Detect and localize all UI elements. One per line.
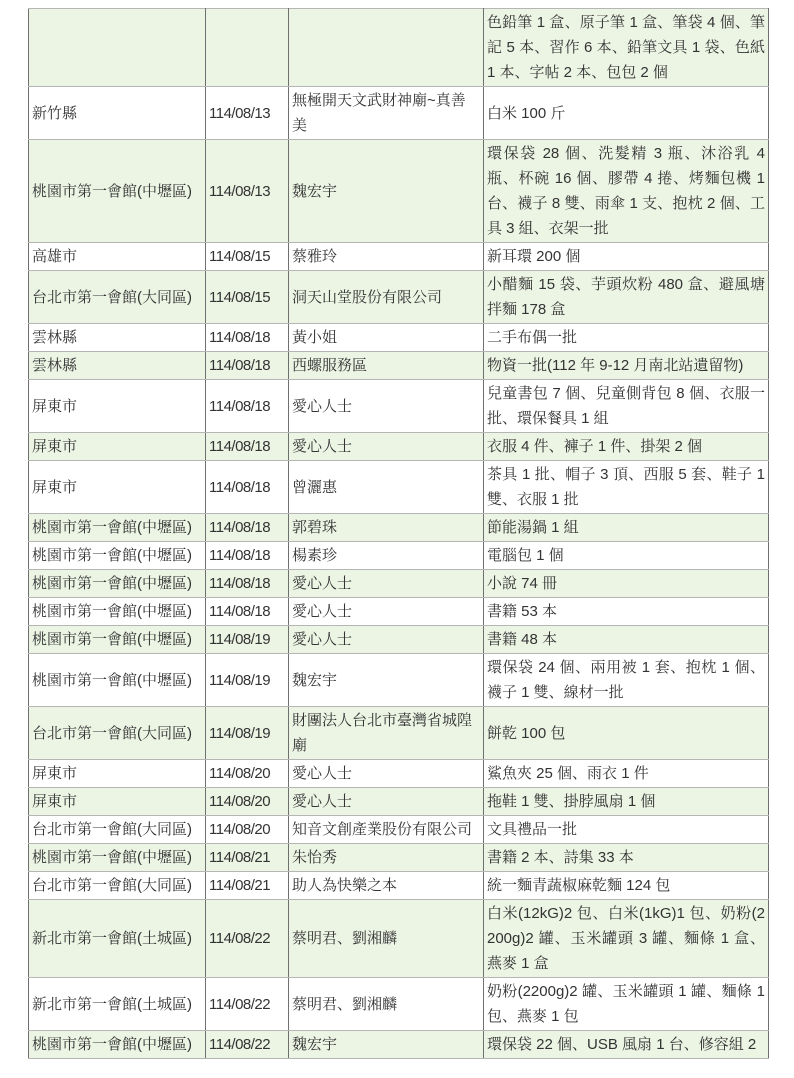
cell-date: 114/08/20 <box>206 788 289 816</box>
cell-donor: 洞天山堂股份有限公司 <box>289 271 484 324</box>
table-row: 色鉛筆 1 盒、原子筆 1 盒、筆袋 4 個、筆記 5 本、習作 6 本、鉛筆文… <box>29 9 769 87</box>
cell-date: 114/08/21 <box>206 872 289 900</box>
cell-items: 書籍 48 本 <box>484 626 769 654</box>
cell-items: 環保袋 24 個、兩用被 1 套、抱枕 1 個、襪子 1 雙、線材一批 <box>484 654 769 707</box>
cell-date: 114/08/15 <box>206 271 289 324</box>
cell-location: 桃園市第一會館(中壢區) <box>29 654 206 707</box>
cell-items: 鯊魚夾 25 個、雨衣 1 件 <box>484 760 769 788</box>
cell-items: 奶粉(2200g)2 罐、玉米罐頭 1 罐、麵條 1 包、燕麥 1 包 <box>484 978 769 1031</box>
cell-items: 衣服 4 件、褲子 1 件、掛架 2 個 <box>484 433 769 461</box>
table-row: 屏東市 114/08/20 愛心人士 拖鞋 1 雙、掛脖風扇 1 個 <box>29 788 769 816</box>
cell-date: 114/08/18 <box>206 598 289 626</box>
cell-location: 桃園市第一會館(中壢區) <box>29 1031 206 1059</box>
cell-donor: 蔡明君、劉湘麟 <box>289 978 484 1031</box>
cell-items: 茶具 1 批、帽子 3 頂、西服 5 套、鞋子 1 雙、衣服 1 批 <box>484 461 769 514</box>
cell-items: 統一麵青蔬椒麻乾麵 124 包 <box>484 872 769 900</box>
cell-location: 桃園市第一會館(中壢區) <box>29 140 206 243</box>
cell-date: 114/08/19 <box>206 626 289 654</box>
cell-donor: 蔡雅玲 <box>289 243 484 271</box>
cell-date: 114/08/15 <box>206 243 289 271</box>
cell-donor: 黃小姐 <box>289 324 484 352</box>
cell-date: 114/08/18 <box>206 570 289 598</box>
cell-location: 屏東市 <box>29 461 206 514</box>
cell-location: 高雄市 <box>29 243 206 271</box>
table-row: 台北市第一會館(大同區) 114/08/20 知音文創產業股份有限公司 文具禮品… <box>29 816 769 844</box>
table-row: 屏東市 114/08/18 愛心人士 衣服 4 件、褲子 1 件、掛架 2 個 <box>29 433 769 461</box>
cell-location: 台北市第一會館(大同區) <box>29 271 206 324</box>
cell-donor: 魏宏宇 <box>289 1031 484 1059</box>
cell-items: 兒童書包 7 個、兒童側背包 8 個、衣服一批、環保餐具 1 組 <box>484 380 769 433</box>
cell-donor: 魏宏宇 <box>289 140 484 243</box>
table-row: 桃園市第一會館(中壢區) 114/08/18 愛心人士 書籍 53 本 <box>29 598 769 626</box>
cell-donor: 無極開天文武財神廟~真善美 <box>289 87 484 140</box>
cell-donor: 助人為快樂之本 <box>289 872 484 900</box>
table-row: 台北市第一會館(大同區) 114/08/21 助人為快樂之本 統一麵青蔬椒麻乾麵… <box>29 872 769 900</box>
cell-donor: 魏宏宇 <box>289 654 484 707</box>
table-row: 桃園市第一會館(中壢區) 114/08/22 魏宏宇 環保袋 22 個、USB … <box>29 1031 769 1059</box>
cell-donor: 愛心人士 <box>289 626 484 654</box>
cell-items: 小醋麵 15 袋、芋頭炊粉 480 盒、避風塘拌麵 178 盒 <box>484 271 769 324</box>
cell-location: 桃園市第一會館(中壢區) <box>29 844 206 872</box>
page-root: 色鉛筆 1 盒、原子筆 1 盒、筆袋 4 個、筆記 5 本、習作 6 本、鉛筆文… <box>0 0 794 1078</box>
cell-donor: 愛心人士 <box>289 433 484 461</box>
table-row: 桃園市第一會館(中壢區) 114/08/19 愛心人士 書籍 48 本 <box>29 626 769 654</box>
cell-donor: 朱怡秀 <box>289 844 484 872</box>
cell-date: 114/08/20 <box>206 760 289 788</box>
cell-items: 白米(12kG)2 包、白米(1kG)1 包、奶粉(2200g)2 罐、玉米罐頭… <box>484 900 769 978</box>
cell-location: 台北市第一會館(大同區) <box>29 816 206 844</box>
cell-date: 114/08/18 <box>206 352 289 380</box>
cell-date: 114/08/22 <box>206 978 289 1031</box>
table-row: 雲林縣 114/08/18 黃小姐 二手布偶一批 <box>29 324 769 352</box>
cell-date: 114/08/13 <box>206 87 289 140</box>
cell-items: 物資一批(112 年 9-12 月南北站遺留物) <box>484 352 769 380</box>
cell-items: 拖鞋 1 雙、掛脖風扇 1 個 <box>484 788 769 816</box>
cell-date: 114/08/20 <box>206 816 289 844</box>
table-row: 高雄市 114/08/15 蔡雅玲 新耳環 200 個 <box>29 243 769 271</box>
cell-donor: 西螺服務區 <box>289 352 484 380</box>
cell-date <box>206 9 289 87</box>
cell-date: 114/08/22 <box>206 900 289 978</box>
cell-date: 114/08/21 <box>206 844 289 872</box>
table-row: 台北市第一會館(大同區) 114/08/19 財團法人台北市臺灣省城隍廟 餅乾 … <box>29 707 769 760</box>
table-row: 桃園市第一會館(中壢區) 114/08/21 朱怡秀 書籍 2 本、詩集 33 … <box>29 844 769 872</box>
cell-donor: 愛心人士 <box>289 760 484 788</box>
cell-items: 書籍 53 本 <box>484 598 769 626</box>
cell-donor: 財團法人台北市臺灣省城隍廟 <box>289 707 484 760</box>
table-row: 新北市第一會館(土城區) 114/08/22 蔡明君、劉湘麟 奶粉(2200g)… <box>29 978 769 1031</box>
cell-location <box>29 9 206 87</box>
cell-date: 114/08/18 <box>206 542 289 570</box>
cell-location: 新北市第一會館(土城區) <box>29 978 206 1031</box>
cell-items: 節能湯鍋 1 組 <box>484 514 769 542</box>
cell-donor: 愛心人士 <box>289 788 484 816</box>
cell-location: 桃園市第一會館(中壢區) <box>29 626 206 654</box>
cell-donor: 愛心人士 <box>289 380 484 433</box>
cell-donor: 曾灑惠 <box>289 461 484 514</box>
cell-donor: 蔡明君、劉湘麟 <box>289 900 484 978</box>
cell-items: 書籍 2 本、詩集 33 本 <box>484 844 769 872</box>
cell-donor: 知音文創產業股份有限公司 <box>289 816 484 844</box>
cell-location: 屏東市 <box>29 380 206 433</box>
table-row: 新竹縣 114/08/13 無極開天文武財神廟~真善美 白米 100 斤 <box>29 87 769 140</box>
cell-items: 餅乾 100 包 <box>484 707 769 760</box>
table-row: 屏東市 114/08/18 曾灑惠 茶具 1 批、帽子 3 頂、西服 5 套、鞋… <box>29 461 769 514</box>
cell-donor <box>289 9 484 87</box>
cell-location: 屏東市 <box>29 433 206 461</box>
cell-date: 114/08/22 <box>206 1031 289 1059</box>
cell-donor: 愛心人士 <box>289 570 484 598</box>
cell-location: 桃園市第一會館(中壢區) <box>29 542 206 570</box>
table-row: 雲林縣 114/08/18 西螺服務區 物資一批(112 年 9-12 月南北站… <box>29 352 769 380</box>
cell-location: 雲林縣 <box>29 352 206 380</box>
cell-location: 台北市第一會館(大同區) <box>29 872 206 900</box>
cell-items: 小說 74 冊 <box>484 570 769 598</box>
cell-location: 桃園市第一會館(中壢區) <box>29 514 206 542</box>
table-row: 屏東市 114/08/18 愛心人士 兒童書包 7 個、兒童側背包 8 個、衣服… <box>29 380 769 433</box>
cell-date: 114/08/13 <box>206 140 289 243</box>
cell-location: 桃園市第一會館(中壢區) <box>29 570 206 598</box>
cell-items: 色鉛筆 1 盒、原子筆 1 盒、筆袋 4 個、筆記 5 本、習作 6 本、鉛筆文… <box>484 9 769 87</box>
cell-donor: 愛心人士 <box>289 598 484 626</box>
cell-items: 環保袋 22 個、USB 風扇 1 台、修容組 2 <box>484 1031 769 1059</box>
cell-items: 文具禮品一批 <box>484 816 769 844</box>
cell-donor: 楊素珍 <box>289 542 484 570</box>
cell-items: 新耳環 200 個 <box>484 243 769 271</box>
table-row: 桃園市第一會館(中壢區) 114/08/18 楊素珍 電腦包 1 個 <box>29 542 769 570</box>
cell-date: 114/08/19 <box>206 654 289 707</box>
cell-items: 環保袋 28 個、洗髮精 3 瓶、沐浴乳 4 瓶、杯碗 16 個、膠帶 4 捲、… <box>484 140 769 243</box>
cell-date: 114/08/19 <box>206 707 289 760</box>
cell-date: 114/08/18 <box>206 461 289 514</box>
cell-date: 114/08/18 <box>206 514 289 542</box>
table-row: 屏東市 114/08/20 愛心人士 鯊魚夾 25 個、雨衣 1 件 <box>29 760 769 788</box>
cell-items: 白米 100 斤 <box>484 87 769 140</box>
donation-table: 色鉛筆 1 盒、原子筆 1 盒、筆袋 4 個、筆記 5 本、習作 6 本、鉛筆文… <box>28 8 769 1059</box>
cell-location: 台北市第一會館(大同區) <box>29 707 206 760</box>
table-row: 桃園市第一會館(中壢區) 114/08/18 愛心人士 小說 74 冊 <box>29 570 769 598</box>
cell-location: 雲林縣 <box>29 324 206 352</box>
table-row: 桃園市第一會館(中壢區) 114/08/19 魏宏宇 環保袋 24 個、兩用被 … <box>29 654 769 707</box>
cell-date: 114/08/18 <box>206 324 289 352</box>
cell-location: 新北市第一會館(土城區) <box>29 900 206 978</box>
cell-date: 114/08/18 <box>206 380 289 433</box>
cell-location: 屏東市 <box>29 788 206 816</box>
table-row: 桃園市第一會館(中壢區) 114/08/13 魏宏宇 環保袋 28 個、洗髮精 … <box>29 140 769 243</box>
table-row: 桃園市第一會館(中壢區) 114/08/18 郭碧珠 節能湯鍋 1 組 <box>29 514 769 542</box>
cell-location: 桃園市第一會館(中壢區) <box>29 598 206 626</box>
cell-date: 114/08/18 <box>206 433 289 461</box>
cell-items: 二手布偶一批 <box>484 324 769 352</box>
cell-donor: 郭碧珠 <box>289 514 484 542</box>
table-row: 台北市第一會館(大同區) 114/08/15 洞天山堂股份有限公司 小醋麵 15… <box>29 271 769 324</box>
cell-items: 電腦包 1 個 <box>484 542 769 570</box>
table-row: 新北市第一會館(土城區) 114/08/22 蔡明君、劉湘麟 白米(12kG)2… <box>29 900 769 978</box>
cell-location: 新竹縣 <box>29 87 206 140</box>
donation-table-body: 色鉛筆 1 盒、原子筆 1 盒、筆袋 4 個、筆記 5 本、習作 6 本、鉛筆文… <box>29 9 769 1059</box>
cell-location: 屏東市 <box>29 760 206 788</box>
